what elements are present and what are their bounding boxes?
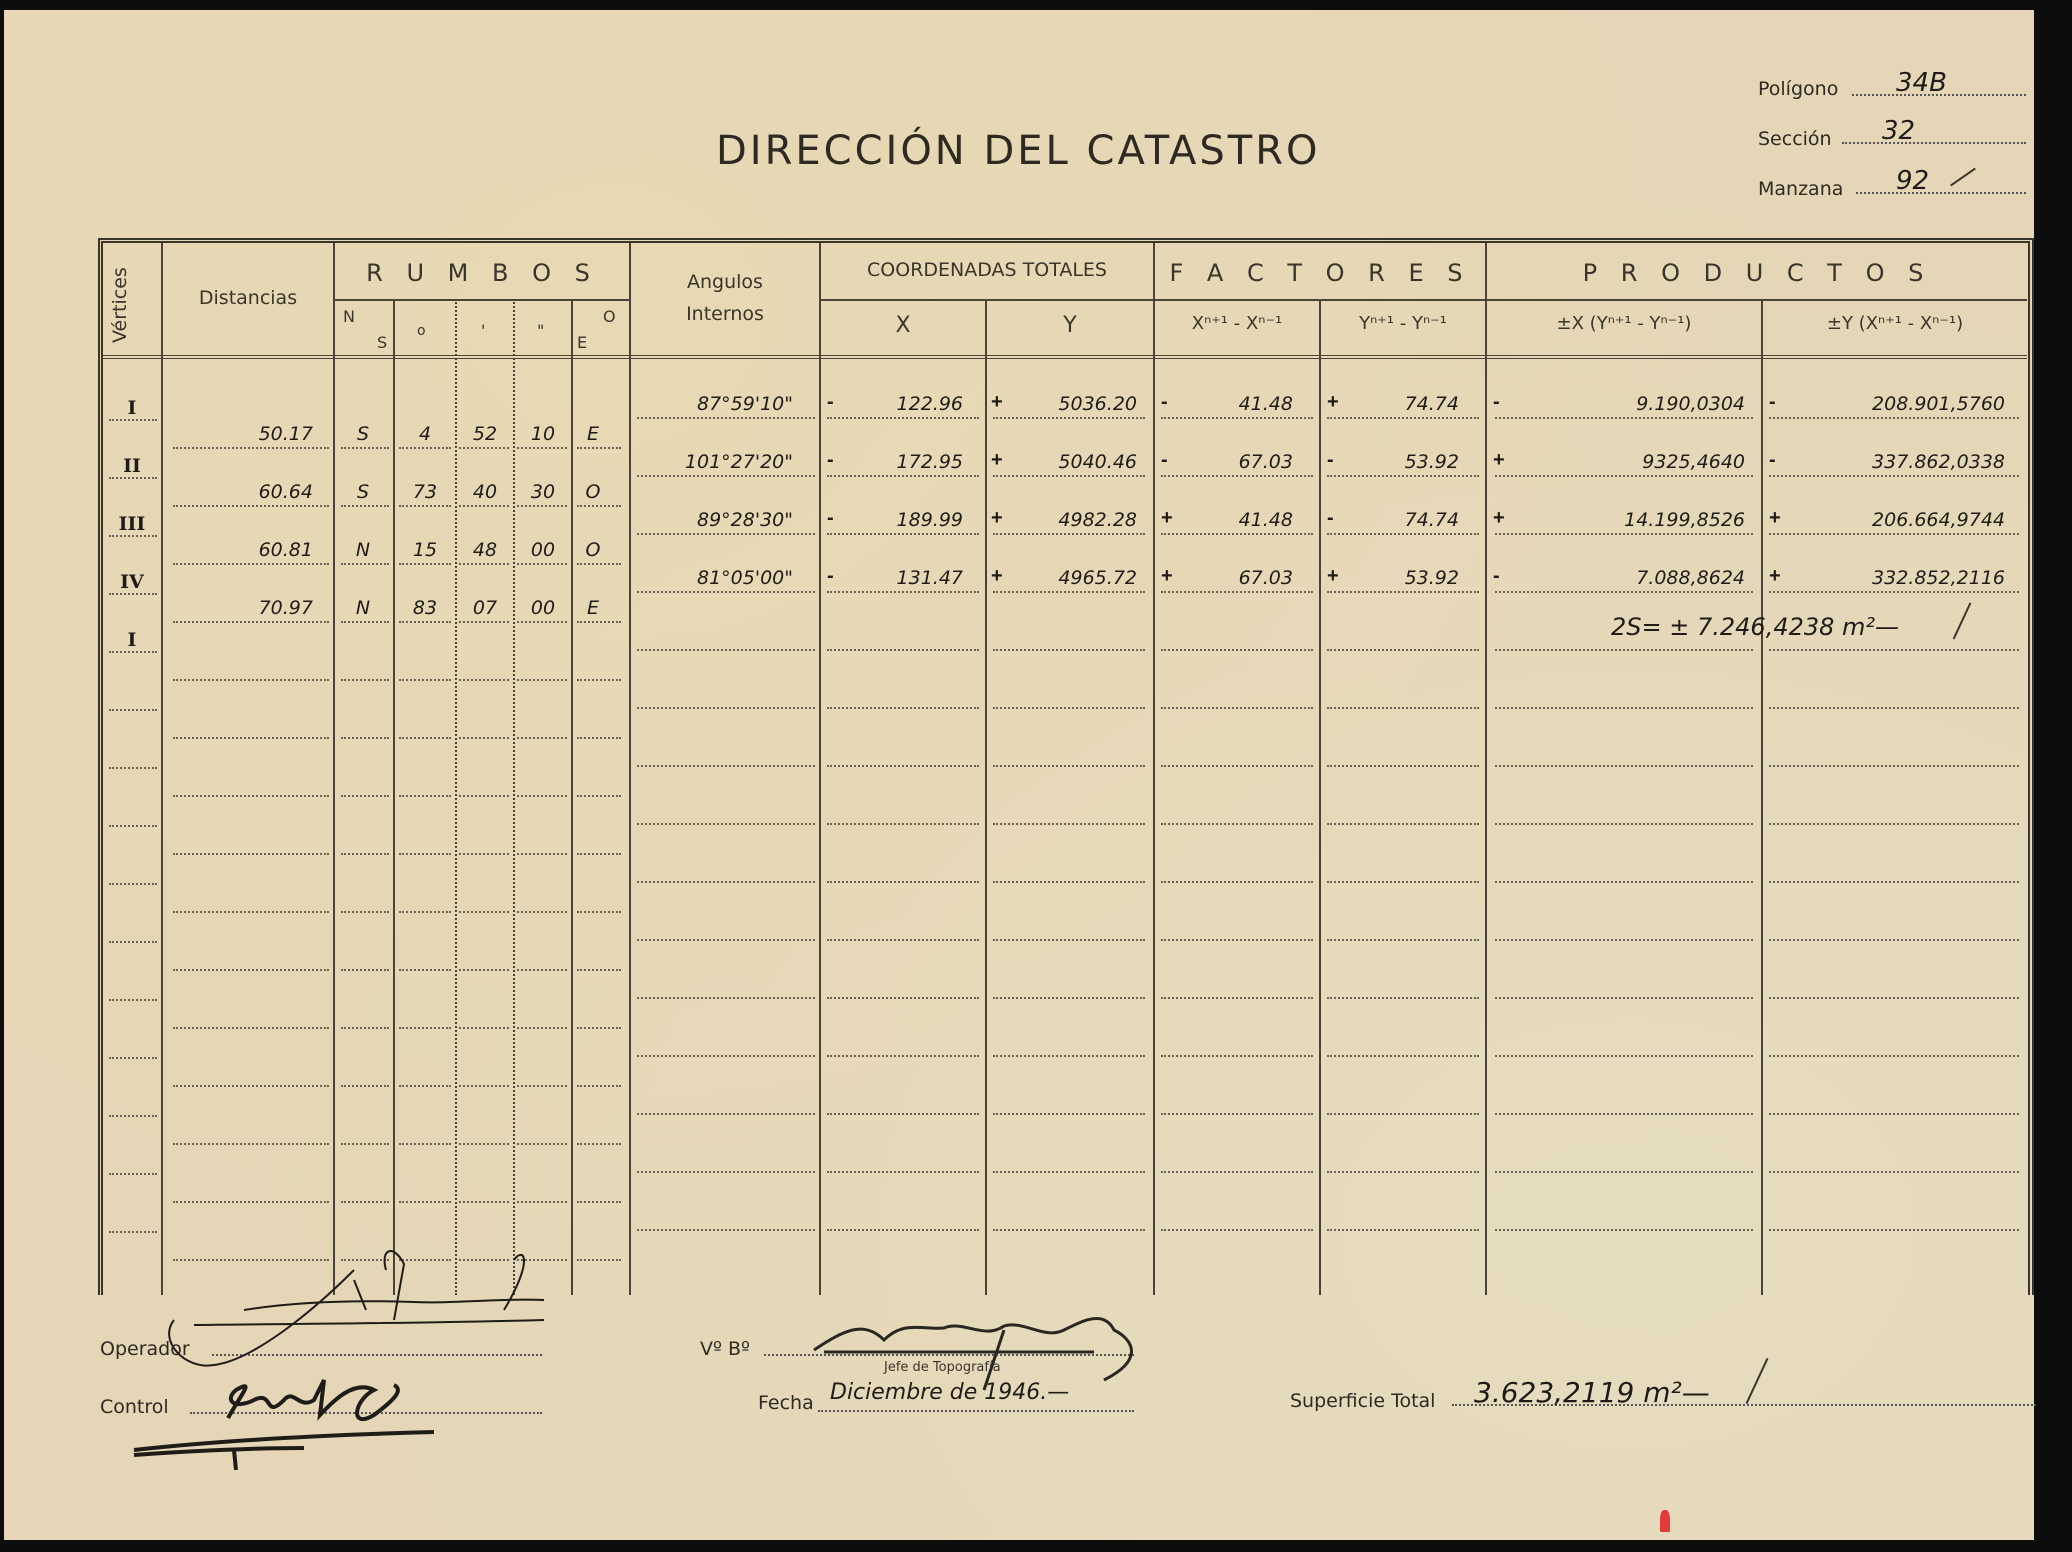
ruled-line: [1769, 649, 2019, 651]
ruled-line: [517, 1143, 567, 1145]
ruled-line: [577, 795, 621, 797]
ruled-line: [577, 563, 621, 565]
product-x-value: 9.190,0304: [1523, 393, 1745, 415]
ruled-line: [1327, 533, 1479, 535]
ruled-line: [109, 1115, 157, 1117]
rumbo-degrees: 83: [397, 597, 453, 619]
ruled-line: [341, 911, 389, 913]
y-value: 5040.46: [1013, 451, 1137, 473]
ruled-line: [827, 417, 979, 419]
ruled-line: [173, 969, 329, 971]
ruled-line: [173, 505, 329, 507]
ruled-line: [1495, 533, 1753, 535]
ruled-line: [399, 911, 451, 913]
manzana-label: Manzana: [1758, 178, 1843, 200]
ruled-line: [827, 533, 979, 535]
ruled-line: [637, 707, 815, 709]
angulo-value: 89°28'30": [643, 509, 793, 531]
header-divider: [819, 299, 2027, 301]
ruled-line: [109, 767, 157, 769]
ruled-line: [1161, 823, 1313, 825]
ruled-line: [173, 621, 329, 623]
distancia-value: 50.17: [183, 423, 313, 445]
header-producto-x: ±X (Yⁿ⁺¹ - Yⁿ⁻¹): [1487, 313, 1761, 334]
ruled-line: [1769, 997, 2019, 999]
x-value: 131.47: [843, 567, 963, 589]
ruled-line: [1769, 475, 2019, 477]
ruled-line: [1769, 417, 2019, 419]
x-value: 172.95: [843, 451, 963, 473]
ruled-line: [1769, 939, 2019, 941]
rumbo-oe: E: [573, 597, 613, 619]
rumbo-seconds: 00: [515, 539, 571, 561]
ruled-line: [993, 417, 1145, 419]
cadastral-form-sheet: DIRECCIÓN DEL CATASTRO Polígono 34B Secc…: [4, 10, 2034, 1540]
header-vertices: Vértices: [101, 263, 159, 355]
ruled-line: [993, 1229, 1145, 1231]
rumbo-degrees: 15: [397, 539, 453, 561]
ruled-line: [1495, 997, 1753, 999]
ruled-line: [399, 969, 451, 971]
vertex-label: I: [107, 397, 157, 419]
ruled-line: [517, 1085, 567, 1087]
product-x-sign: -: [1493, 391, 1500, 414]
factor-x-sign: -: [1161, 449, 1168, 472]
control-signature: [124, 1360, 464, 1470]
ruled-line: [1161, 591, 1313, 593]
poligono-value: 34B: [1896, 68, 1947, 98]
rumbo-ns: S: [343, 481, 383, 503]
ruled-line: [1327, 1229, 1479, 1231]
col-divider: [393, 299, 395, 1295]
ruled-line: [1769, 881, 2019, 883]
ruled-line: [459, 969, 509, 971]
product-y-sign: +: [1769, 565, 1781, 588]
vertex-label: III: [107, 513, 157, 535]
ruled-line: [637, 591, 815, 593]
ruled-line: [1161, 1055, 1313, 1057]
ruled-line: [459, 1085, 509, 1087]
header-bottom-border: [103, 355, 2027, 359]
rumbo-ns: S: [343, 423, 383, 445]
ruled-line: [827, 823, 979, 825]
ruled-line: [399, 1201, 451, 1203]
vobo-label: Vº Bº: [700, 1338, 750, 1360]
ruled-line: [341, 1201, 389, 1203]
ruled-line: [341, 1143, 389, 1145]
ruled-line: [1769, 1171, 2019, 1173]
header-factor-y: Yⁿ⁺¹ - Yⁿ⁻¹: [1321, 313, 1485, 334]
ruled-line: [109, 477, 157, 479]
header-rumbos-o: O: [603, 307, 616, 326]
ruled-line: [827, 1171, 979, 1173]
distancia-value: 60.81: [183, 539, 313, 561]
ruled-line: [827, 1113, 979, 1115]
ruled-line: [341, 563, 389, 565]
header-rumbos-minutes: ': [481, 321, 485, 340]
ruled-line: [1495, 939, 1753, 941]
ruled-line: [1327, 1113, 1479, 1115]
ruled-line: [1495, 475, 1753, 477]
ruled-line: [1769, 1113, 2019, 1115]
angulo-value: 87°59'10": [643, 393, 793, 415]
ruled-line: [827, 649, 979, 651]
ruled-line: [341, 969, 389, 971]
superficie-total-value: 3.623,2119 m²—: [1474, 1376, 1710, 1409]
rumbo-seconds: 30: [515, 481, 571, 503]
ruled-line: [637, 533, 815, 535]
ruled-line: [993, 707, 1145, 709]
product-x-value: 9325,4640: [1523, 451, 1745, 473]
ruled-line: [637, 823, 815, 825]
ruled-line: [827, 765, 979, 767]
ruled-line: [993, 939, 1145, 941]
ruled-line: [1161, 533, 1313, 535]
ruled-line: [827, 1055, 979, 1057]
ruled-line: [517, 969, 567, 971]
header-rumbos-s: S: [377, 333, 387, 352]
ruled-line: [993, 765, 1145, 767]
ruled-line: [1495, 1229, 1753, 1231]
factor-x-sign: +: [1161, 507, 1173, 530]
ruled-line: [517, 563, 567, 565]
distancia-value: 60.64: [183, 481, 313, 503]
poligono-label: Polígono: [1758, 78, 1838, 100]
ruled-line: [109, 709, 157, 711]
angulo-value: 101°27'20": [643, 451, 793, 473]
col-divider: [161, 243, 163, 1295]
seccion-line: [1842, 138, 2026, 144]
ruled-line: [993, 591, 1145, 593]
ruled-line: [341, 447, 389, 449]
rumbo-degrees: 4: [397, 423, 453, 445]
ruled-line: [173, 447, 329, 449]
ruled-line: [517, 1201, 567, 1203]
col-divider: [455, 299, 457, 1295]
ruled-line: [577, 1143, 621, 1145]
rumbo-oe: O: [573, 481, 613, 503]
manzana-value: 92: [1896, 166, 1929, 196]
col-divider: [1153, 243, 1155, 1295]
vertices-label: Vértices: [109, 267, 131, 343]
ruled-line: [459, 563, 509, 565]
calculation-table: Vértices Distancias R U M B O S N S o ' …: [98, 238, 2034, 1295]
factor-y-sign: +: [1327, 391, 1339, 414]
ruled-line: [1327, 707, 1479, 709]
ruled-line: [517, 737, 567, 739]
header-rumbos-n: N: [343, 307, 355, 326]
x-sign: -: [827, 449, 834, 472]
ruled-line: [1327, 591, 1479, 593]
y-value: 4982.28: [1013, 509, 1137, 531]
ruled-line: [827, 707, 979, 709]
ruled-line: [1161, 417, 1313, 419]
factor-y-sign: -: [1327, 449, 1334, 472]
ruled-line: [517, 679, 567, 681]
fecha-line: [818, 1410, 1134, 1412]
col-divider: [629, 243, 631, 1295]
ruled-line: [399, 1143, 451, 1145]
ruled-line: [399, 679, 451, 681]
ruled-line: [827, 881, 979, 883]
ruled-line: [577, 853, 621, 855]
ruled-line: [1327, 823, 1479, 825]
rumbo-seconds: 00: [515, 597, 571, 619]
header-internos: Internos: [631, 303, 819, 325]
ruled-line: [1327, 475, 1479, 477]
ruled-line: [399, 1027, 451, 1029]
ruled-line: [1161, 707, 1313, 709]
rumbo-minutes: 48: [457, 539, 513, 561]
product-x-value: 14.199,8526: [1523, 509, 1745, 531]
factor-x-value: 67.03: [1183, 567, 1293, 589]
header-rumbos-seconds: ": [537, 321, 544, 340]
vertex-label: I: [107, 629, 157, 651]
col-divider: [571, 299, 573, 1295]
ruled-line: [459, 795, 509, 797]
ruled-line: [577, 911, 621, 913]
fecha-label: Fecha: [758, 1392, 814, 1414]
product-y-sign: -: [1769, 391, 1776, 414]
ruled-line: [1327, 765, 1479, 767]
ruled-line: [173, 737, 329, 739]
ruled-line: [827, 997, 979, 999]
header-rumbos: R U M B O S: [335, 259, 629, 287]
ruled-line: [1495, 1113, 1753, 1115]
header-rumbos-degrees: o: [417, 323, 426, 339]
ruled-line: [827, 1229, 979, 1231]
ruled-line: [1769, 823, 2019, 825]
product-y-value: 332.852,2116: [1793, 567, 2005, 589]
ruled-line: [109, 593, 157, 595]
ruled-line: [173, 795, 329, 797]
ruled-line: [109, 825, 157, 827]
ruled-line: [1327, 939, 1479, 941]
ruled-line: [173, 679, 329, 681]
y-sign: +: [991, 565, 1003, 588]
ruled-line: [1161, 649, 1313, 651]
ruled-line: [1495, 707, 1753, 709]
ruled-line: [1769, 533, 2019, 535]
y-value: 4965.72: [1013, 567, 1137, 589]
manzana-line: [1856, 188, 2026, 194]
product-y-value: 337.862,0338: [1793, 451, 2005, 473]
rumbo-oe: O: [573, 539, 613, 561]
ruled-line: [517, 447, 567, 449]
ruled-line: [637, 475, 815, 477]
angulo-value: 81°05'00": [643, 567, 793, 589]
ruled-line: [459, 911, 509, 913]
factor-y-value: 53.92: [1349, 451, 1459, 473]
col-divider: [1319, 299, 1321, 1295]
col-divider: [1761, 299, 1763, 1295]
ruled-line: [1495, 591, 1753, 593]
ruled-line: [577, 1201, 621, 1203]
header-productos: P R O D U C T O S: [1487, 259, 2027, 287]
ruled-line: [399, 737, 451, 739]
ruled-line: [399, 505, 451, 507]
header-distancias: Distancias: [163, 287, 333, 309]
product-y-sign: -: [1769, 449, 1776, 472]
factor-y-sign: +: [1327, 565, 1339, 588]
ruled-line: [637, 939, 815, 941]
y-value: 5036.20: [1013, 393, 1137, 415]
header-coord-y: Y: [987, 313, 1153, 338]
ruled-line: [637, 765, 815, 767]
ruled-line: [1161, 881, 1313, 883]
ruled-line: [517, 853, 567, 855]
ruled-line: [459, 447, 509, 449]
ruled-line: [1495, 649, 1753, 651]
header-coord-x: X: [821, 313, 985, 338]
x-value: 189.99: [843, 509, 963, 531]
ruled-line: [577, 679, 621, 681]
ruled-line: [459, 1201, 509, 1203]
factor-x-value: 41.48: [1183, 509, 1293, 531]
ruled-line: [637, 1113, 815, 1115]
ruled-line: [1495, 881, 1753, 883]
ruled-line: [993, 1113, 1145, 1115]
superficie-total-label: Superficie Total: [1290, 1390, 1435, 1412]
factor-x-value: 67.03: [1183, 451, 1293, 473]
ruled-line: [173, 911, 329, 913]
fecha-value: Diciembre de 1946.—: [830, 1380, 1069, 1405]
factor-y-value: 74.74: [1349, 509, 1459, 531]
ruled-line: [1495, 1055, 1753, 1057]
ruled-line: [173, 1143, 329, 1145]
ruled-line: [637, 881, 815, 883]
vertex-label: IV: [107, 571, 157, 593]
ruled-line: [399, 621, 451, 623]
ruled-line: [109, 419, 157, 421]
y-sign: +: [991, 507, 1003, 530]
product-x-sign: +: [1493, 449, 1505, 472]
ruled-line: [993, 997, 1145, 999]
x-value: 122.96: [843, 393, 963, 415]
ruled-line: [341, 621, 389, 623]
ruled-line: [399, 795, 451, 797]
seccion-value: 32: [1882, 116, 1915, 146]
ruled-line: [517, 795, 567, 797]
ruled-line: [459, 1027, 509, 1029]
rumbo-ns: N: [343, 597, 383, 619]
ruled-line: [459, 505, 509, 507]
product-y-sign: +: [1769, 507, 1781, 530]
ruled-line: [341, 1027, 389, 1029]
check-mark: [1950, 168, 1976, 187]
ruled-line: [399, 853, 451, 855]
ruled-line: [1769, 765, 2019, 767]
factor-x-sign: -: [1161, 391, 1168, 414]
double-area-total: 2S= ± 7.246,4238 m²—: [1611, 613, 1899, 641]
ruled-line: [517, 621, 567, 623]
ruled-line: [1769, 1055, 2019, 1057]
ruled-line: [1327, 997, 1479, 999]
ruled-line: [1495, 417, 1753, 419]
ruled-line: [109, 1173, 157, 1175]
ruled-line: [173, 563, 329, 565]
header-rumbos-e: E: [577, 333, 587, 352]
header-factores: F A C T O R E S: [1155, 259, 1485, 287]
ruled-line: [577, 1027, 621, 1029]
ruled-line: [993, 1055, 1145, 1057]
col-divider: [819, 243, 821, 1295]
ruled-line: [459, 737, 509, 739]
ruled-line: [1769, 1229, 2019, 1231]
rumbo-minutes: 40: [457, 481, 513, 503]
ruled-line: [109, 941, 157, 943]
header-factor-x: Xⁿ⁺¹ - Xⁿ⁻¹: [1155, 313, 1319, 334]
rumbo-minutes: 52: [457, 423, 513, 445]
ruled-line: [993, 649, 1145, 651]
ruled-line: [109, 651, 157, 653]
x-sign: -: [827, 565, 834, 588]
distancia-value: 70.97: [183, 597, 313, 619]
ruled-line: [637, 417, 815, 419]
rumbo-minutes: 07: [457, 597, 513, 619]
ruled-line: [1327, 1055, 1479, 1057]
check-mark: [1746, 1358, 1769, 1404]
ruled-line: [399, 447, 451, 449]
ruled-line: [109, 999, 157, 1001]
rumbo-ns: N: [343, 539, 383, 561]
ruled-line: [1495, 1171, 1753, 1173]
ruled-line: [341, 795, 389, 797]
col-divider: [513, 299, 515, 1295]
ruled-line: [637, 1171, 815, 1173]
ruled-line: [109, 1231, 157, 1233]
product-x-sign: +: [1493, 507, 1505, 530]
ruled-line: [637, 1055, 815, 1057]
ruled-line: [577, 447, 621, 449]
ruled-line: [459, 1143, 509, 1145]
ruled-line: [577, 505, 621, 507]
header-angulos: Angulos: [631, 271, 819, 293]
factor-y-sign: -: [1327, 507, 1334, 530]
col-divider: [333, 243, 335, 1295]
ruled-line: [341, 505, 389, 507]
factor-y-value: 53.92: [1349, 567, 1459, 589]
ruled-line: [517, 505, 567, 507]
factor-x-sign: +: [1161, 565, 1173, 588]
ruled-line: [993, 881, 1145, 883]
col-divider: [985, 299, 987, 1295]
ruled-line: [577, 737, 621, 739]
ruled-line: [341, 679, 389, 681]
product-x-sign: -: [1493, 565, 1500, 588]
ruled-line: [1161, 475, 1313, 477]
ruled-line: [1495, 765, 1753, 767]
ruled-line: [993, 1171, 1145, 1173]
ruled-line: [173, 853, 329, 855]
ruled-line: [517, 911, 567, 913]
ruled-line: [341, 737, 389, 739]
check-mark: [1953, 602, 1972, 639]
ruled-line: [1327, 881, 1479, 883]
ruled-line: [517, 1027, 567, 1029]
ruled-line: [1495, 823, 1753, 825]
header-producto-y: ±Y (Xⁿ⁺¹ - Xⁿ⁻¹): [1763, 313, 2027, 334]
ruled-line: [1161, 1171, 1313, 1173]
factor-y-value: 74.74: [1349, 393, 1459, 415]
red-stamp-mark: [1660, 1510, 1670, 1532]
ruled-line: [109, 883, 157, 885]
ruled-line: [827, 475, 979, 477]
ruled-line: [993, 533, 1145, 535]
ruled-line: [827, 591, 979, 593]
ruled-line: [459, 679, 509, 681]
x-sign: -: [827, 391, 834, 414]
